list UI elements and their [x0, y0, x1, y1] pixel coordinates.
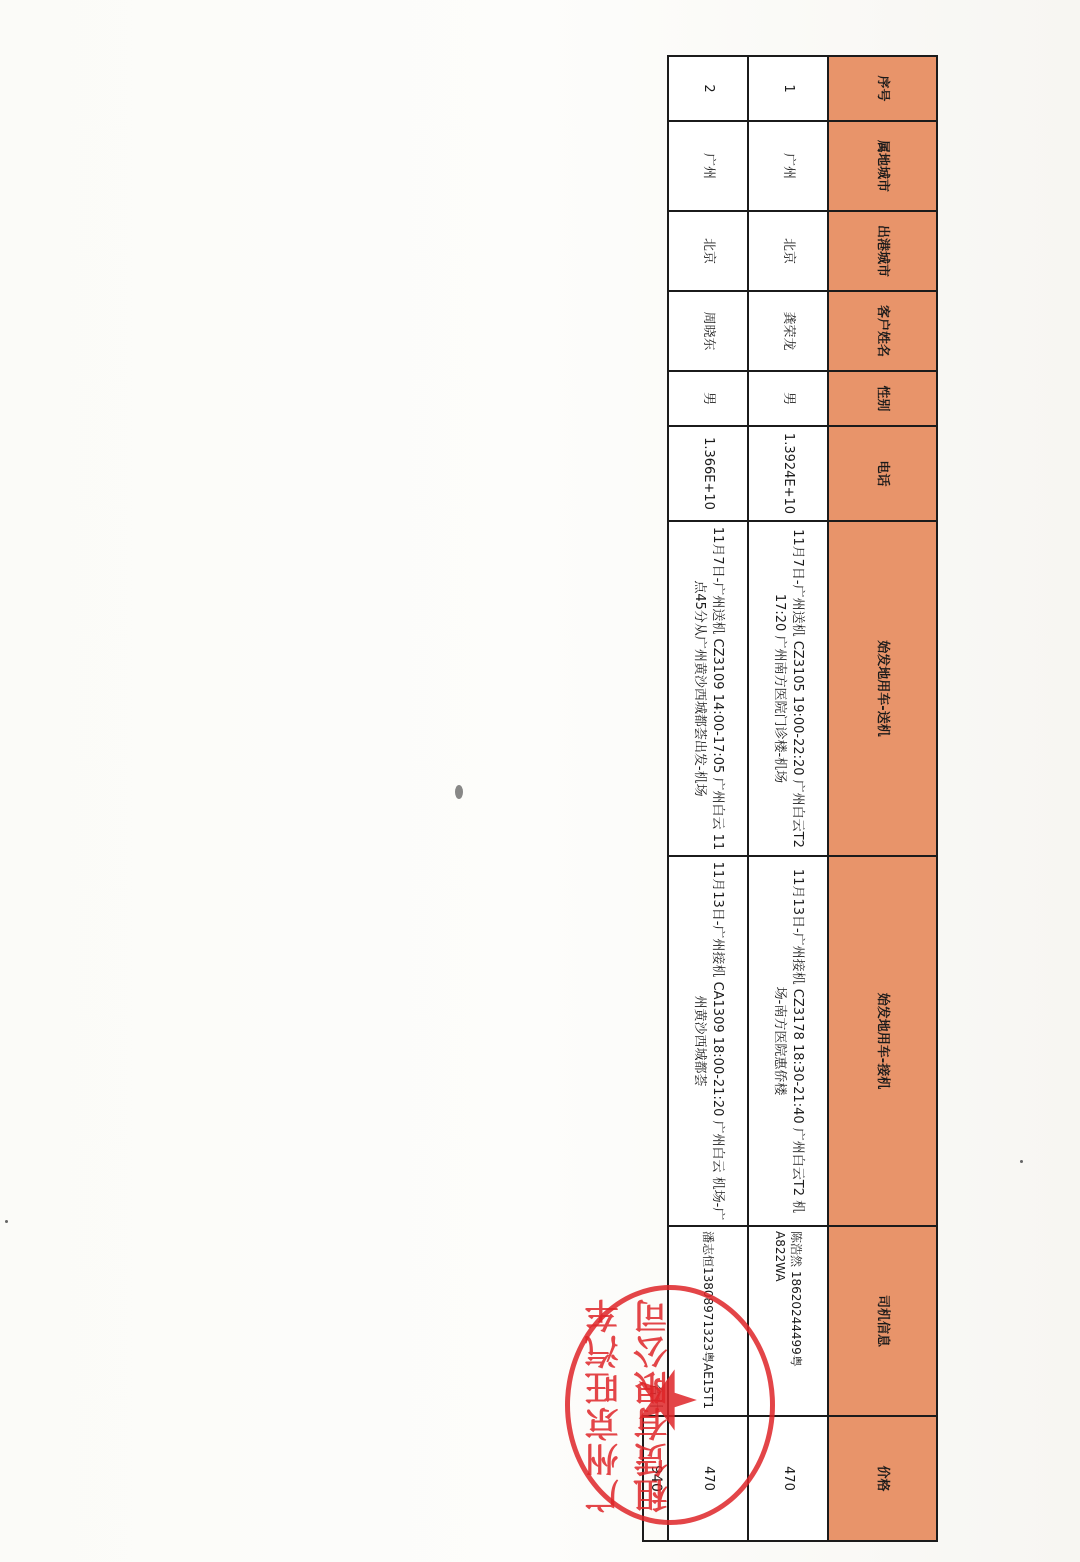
- header-departure-city: 出港城市: [828, 211, 937, 291]
- cell-home-city: 广州: [668, 121, 748, 211]
- header-pickup: 始发地用车-接机: [828, 856, 937, 1226]
- cell-driver: 潘志恒13808971323粤AE15T1: [668, 1226, 748, 1416]
- header-price: 价格: [828, 1416, 937, 1541]
- car-service-table: 序号 属地城市 出港城市 客户姓名 性别 电话 始发地用车-送机 始发地用车-接…: [642, 55, 938, 1542]
- table-row: 1 广州 北京 龚荣龙 男 1.3924E+10 11月7日-广州送机 CZ31…: [748, 56, 828, 1541]
- cell-phone: 1.3924E+10: [748, 426, 828, 521]
- header-index: 序号: [828, 56, 937, 121]
- cell-price: 470: [668, 1416, 748, 1541]
- cell-driver: 陈浩然 18620244499粤A822WA: [748, 1226, 828, 1416]
- cell-pickup: 11月13日-广州接机 CA1309 18:00-21:20 广州白云 机场-广…: [668, 856, 748, 1226]
- cell-gender: 男: [748, 371, 828, 426]
- total-value: 940: [643, 1416, 668, 1541]
- total-row: 合计 940: [643, 56, 668, 1541]
- table-row: 2 广州 北京 周晓东 男 1.366E+10 11月7日-广州送机 CZ310…: [668, 56, 748, 1541]
- cell-index: 2: [668, 56, 748, 121]
- header-customer-name: 客户姓名: [828, 291, 937, 371]
- cell-price: 470: [748, 1416, 828, 1541]
- smudge-mark: [455, 785, 463, 799]
- header-dropoff: 始发地用车-送机: [828, 521, 937, 856]
- cell-phone: 1.366E+10: [668, 426, 748, 521]
- header-row: 序号 属地城市 出港城市 客户姓名 性别 电话 始发地用车-送机 始发地用车-接…: [828, 56, 937, 1541]
- header-gender: 性别: [828, 371, 937, 426]
- cell-departure-city: 北京: [748, 211, 828, 291]
- rotated-table-sheet: 序号 属地城市 出港城市 客户姓名 性别 电话 始发地用车-送机 始发地用车-接…: [653, 55, 938, 1540]
- header-phone: 电话: [828, 426, 937, 521]
- cell-pickup: 11月13日-广州接机 CZ3178 18:30-21:40 广州白云T2 机场…: [748, 856, 828, 1226]
- cell-gender: 男: [668, 371, 748, 426]
- speck: [5, 1220, 8, 1223]
- cell-home-city: 广州: [748, 121, 828, 211]
- speck: [1020, 1160, 1023, 1163]
- total-label: 合计: [643, 56, 668, 1416]
- cell-index: 1: [748, 56, 828, 121]
- cell-customer-name: 龚荣龙: [748, 291, 828, 371]
- cell-dropoff: 11月7日-广州送机 CZ3109 14:00-17:05 广州白云 11点45…: [668, 521, 748, 856]
- cell-dropoff: 11月7日-广州送机 CZ3105 19:00-22:20 广州白云T2 17:…: [748, 521, 828, 856]
- cell-departure-city: 北京: [668, 211, 748, 291]
- cell-customer-name: 周晓东: [668, 291, 748, 371]
- header-driver: 司机信息: [828, 1226, 937, 1416]
- header-home-city: 属地城市: [828, 121, 937, 211]
